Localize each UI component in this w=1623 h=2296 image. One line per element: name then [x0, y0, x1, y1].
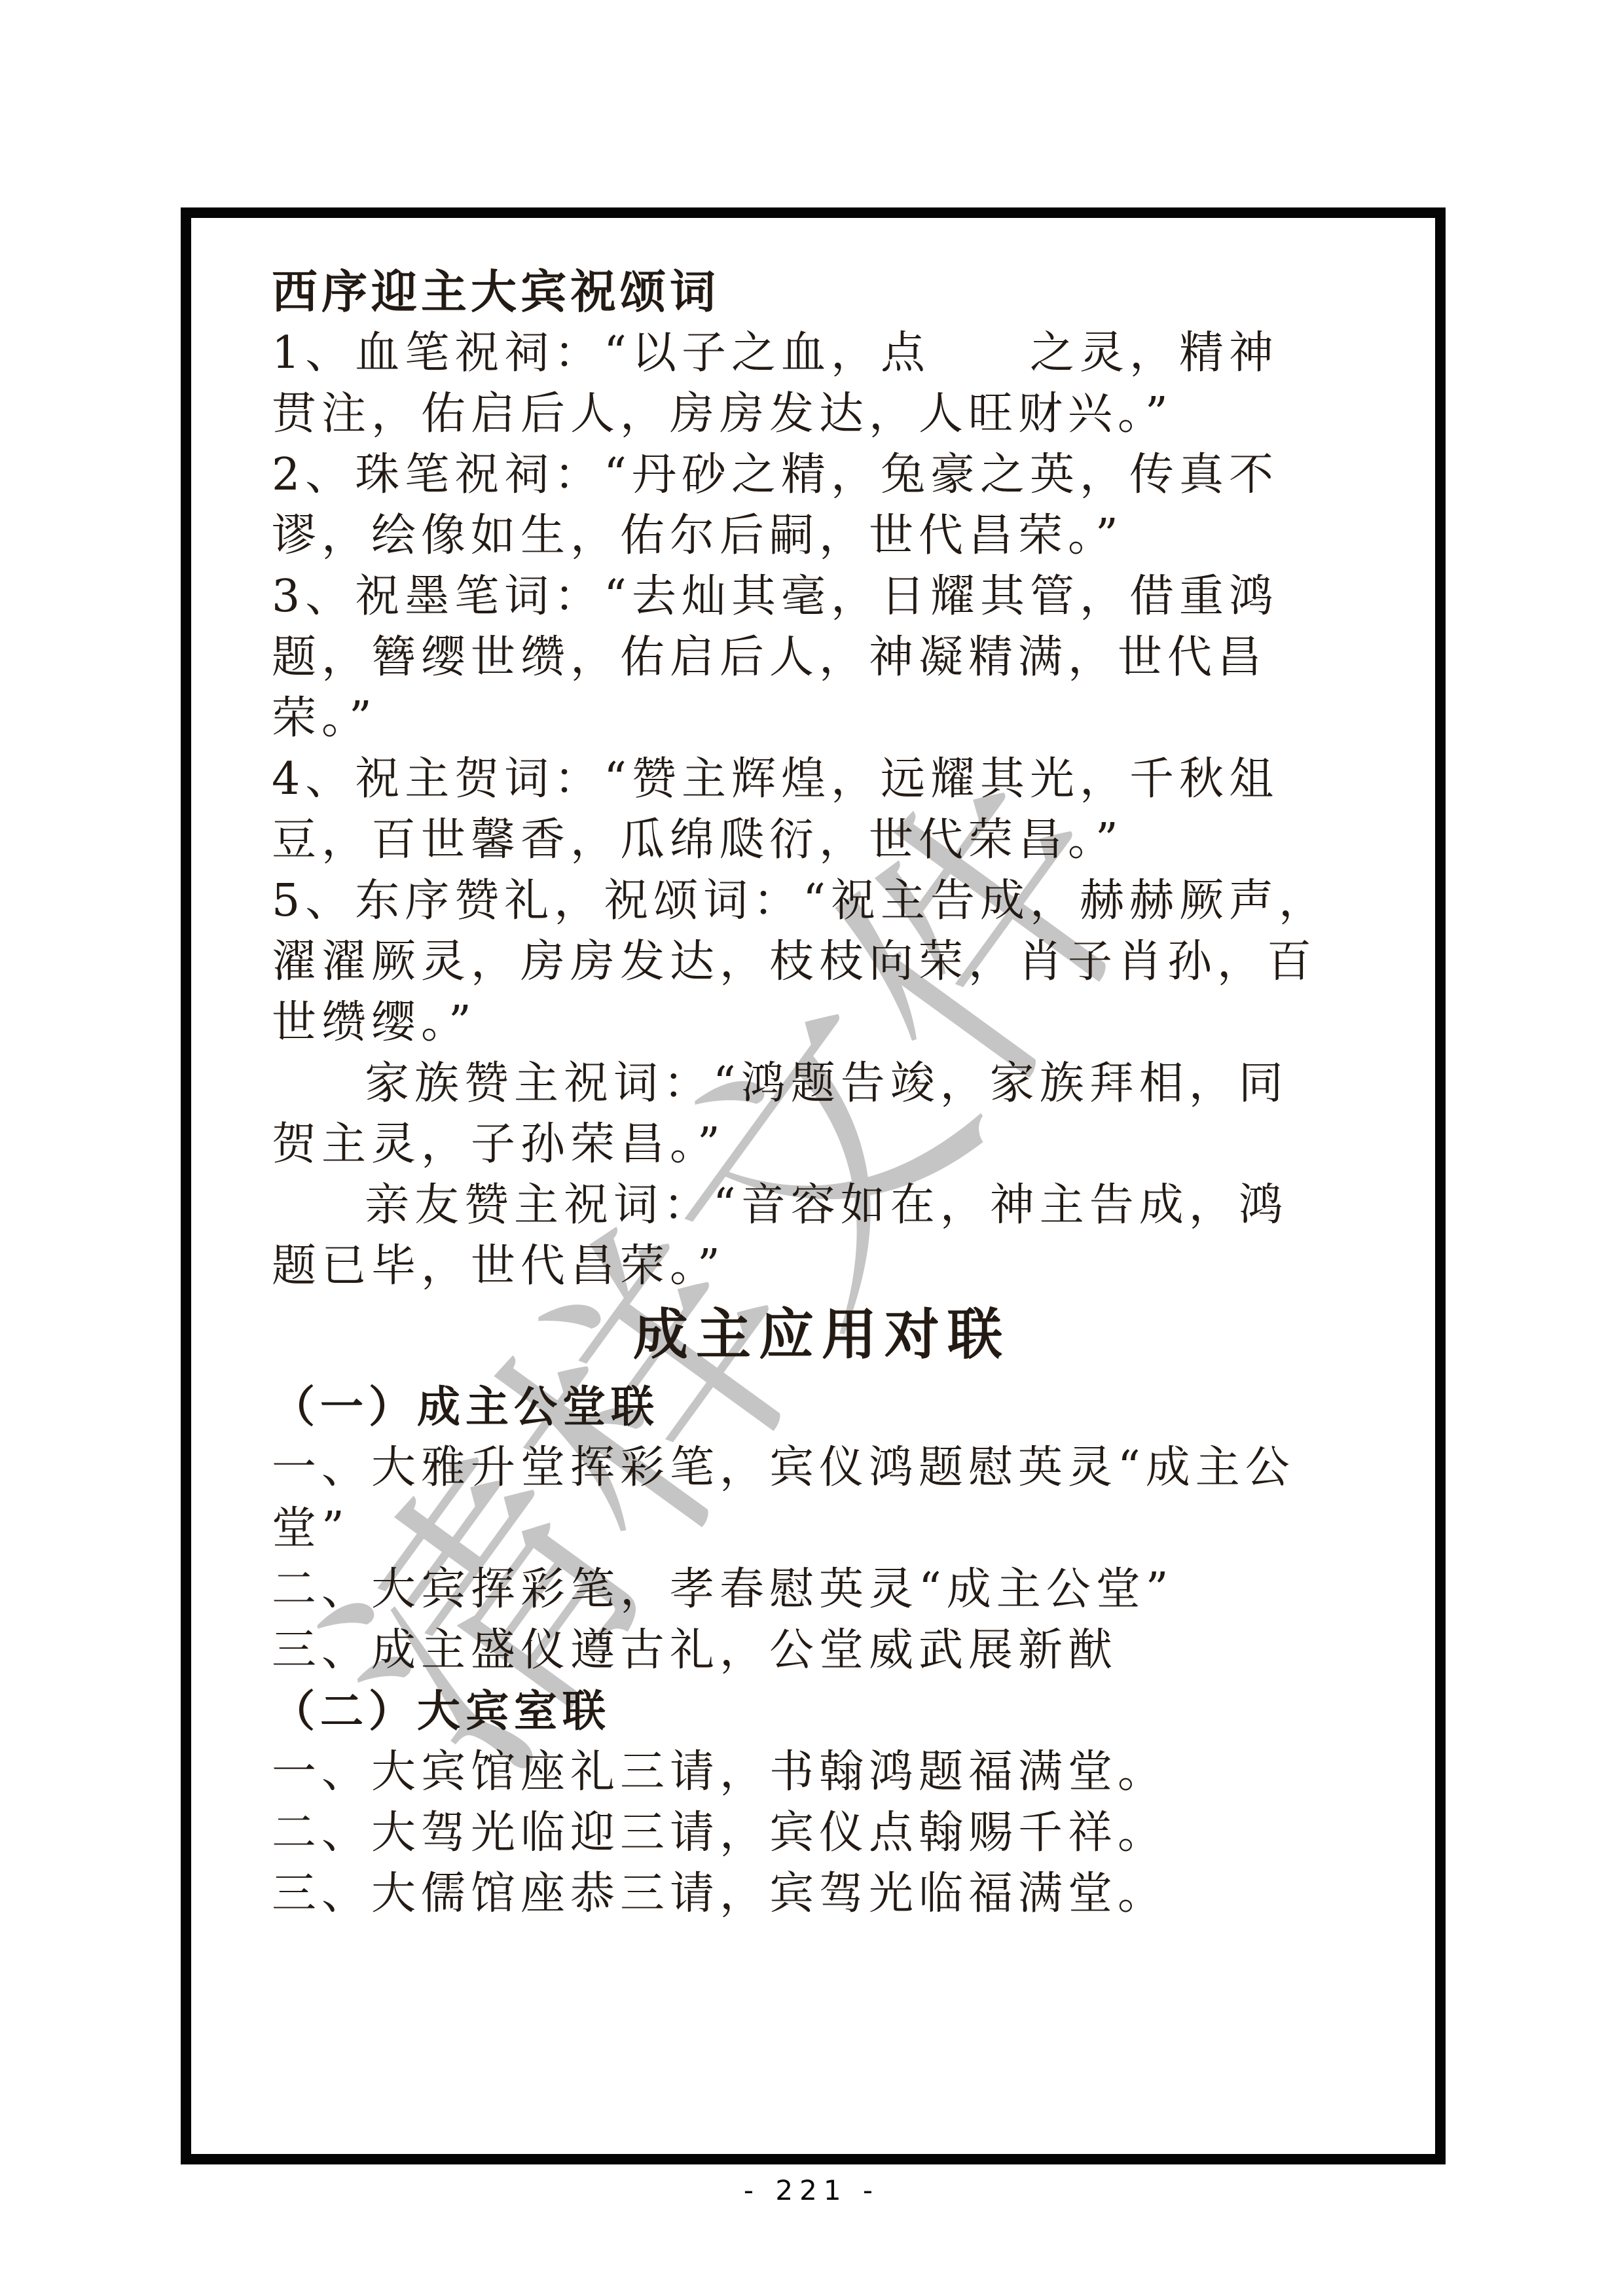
body-line: 5、东序赞礼，祝颂词：“祝主告成，赫赫厥声， — [272, 870, 1372, 931]
chapter-heading: 成主应用对联 — [272, 1297, 1372, 1376]
body-line: 2、珠笔祝祠：“丹砂之精，兔豪之英，传真不 — [272, 444, 1372, 505]
body-line-indented: 亲友赞主祝词：“音容如在，神主告成，鸿 — [272, 1175, 1372, 1236]
couplet-line: 三、成主盛仪遵古礼，公堂威武展新猷 — [272, 1620, 1372, 1681]
document-page: 清样文件 西序迎主大宾祝颂词 1、血笔祝祠：“以子之血，点 之灵，精神 贯注，佑… — [0, 0, 1623, 2296]
body-line: 1、血笔祝祠：“以子之血，点 之灵，精神 — [272, 323, 1372, 384]
body-line: 濯濯厥灵，房房发达，枝枝向荣，肖子肖孙，百 — [272, 931, 1372, 992]
body-line: 题已毕，世代昌荣。” — [272, 1236, 1372, 1297]
subsection-heading-2: （二）大宾室联 — [272, 1681, 1372, 1742]
couplet-line: 二、大驾光临迎三请，宾仪点翰赐千祥。 — [272, 1803, 1372, 1863]
body-line: 世缵缨。” — [272, 992, 1372, 1053]
couplet-line: 三、大儒馆座恭三请，宾驾光临福满堂。 — [272, 1863, 1372, 1924]
body-line: 贯注，佑启后人，房房发达，人旺财兴。” — [272, 384, 1372, 444]
document-title: 西序迎主大宾祝颂词 — [272, 262, 1372, 323]
body-line: 荣。” — [272, 688, 1372, 749]
body-line: 贺主灵，子孙荣昌。” — [272, 1114, 1372, 1175]
subsection-heading-1: （一）成主公堂联 — [272, 1376, 1372, 1437]
body-line: 题，簪缨世缵，佑启后人，神凝精满，世代昌 — [272, 627, 1372, 688]
body-line: 3、祝墨笔词：“去灿其毫，日耀其管，借重鸿 — [272, 566, 1372, 627]
couplet-line: 一、大雅升堂挥彩笔，宾仪鸿题慰英灵“成主公 — [272, 1437, 1372, 1498]
couplet-line: 二、大宾挥彩笔，孝春慰英灵“成主公堂” — [272, 1559, 1372, 1620]
body-line: 谬，绘像如生，佑尔后嗣，世代昌荣。” — [272, 505, 1372, 566]
couplet-line: 一、大宾馆座礼三请，书翰鸿题福满堂。 — [272, 1742, 1372, 1803]
page-content: 西序迎主大宾祝颂词 1、血笔祝祠：“以子之血，点 之灵，精神 贯注，佑启后人，房… — [272, 262, 1372, 1924]
body-line: 豆，百世馨香，瓜绵瓞衍，世代荣昌。” — [272, 810, 1372, 870]
page-number: - 221 - — [0, 2174, 1623, 2206]
body-line: 4、祝主贺词：“赞主辉煌，远耀其光，千秋俎 — [272, 749, 1372, 810]
body-line-indented: 家族赞主祝词：“鸿题告竣，家族拜相，同 — [272, 1053, 1372, 1114]
couplet-line: 堂” — [272, 1498, 1372, 1559]
